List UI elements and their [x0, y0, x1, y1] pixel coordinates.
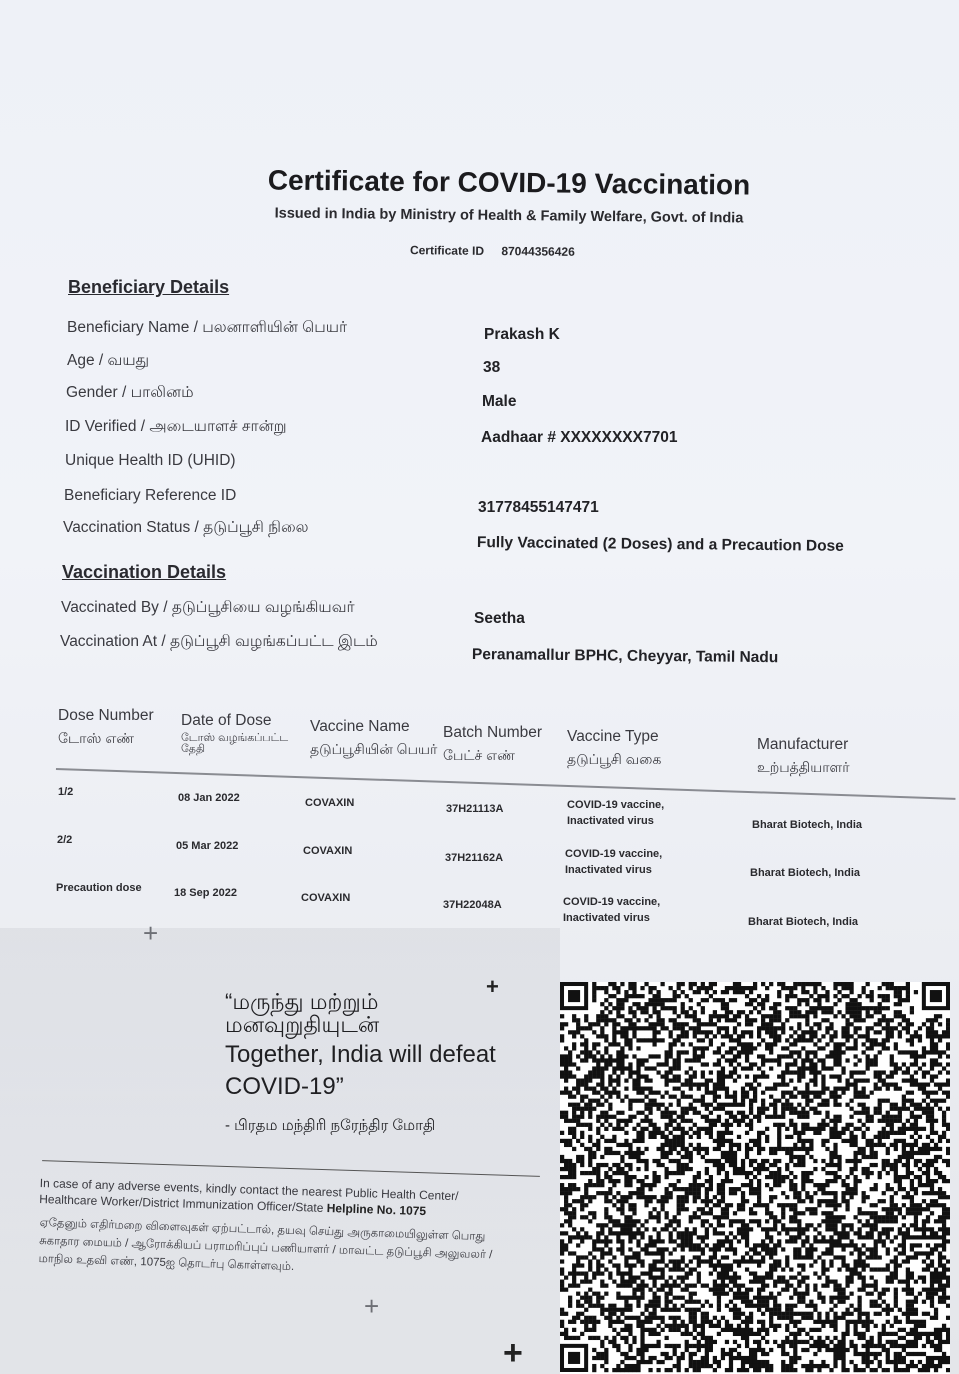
certificate-id-label: Certificate ID: [410, 243, 484, 258]
table-row-3-vaccine-name: COVAXIN: [301, 891, 350, 907]
table-row-2-date: 05 Mar 2022: [176, 839, 238, 855]
table-row-2-batch: 37H21162A: [445, 851, 503, 867]
table-row-1-vaccine-name: COVAXIN: [305, 796, 354, 812]
crosshair-mark-icon: +: [503, 1336, 523, 1370]
table-row-1-vaccine-type: COVID-19 vaccine, Inactivated virus: [567, 798, 687, 830]
column-header-dose-number: Dose Number டோஸ் எண்: [58, 707, 178, 745]
vaccination-details-heading: Vaccination Details: [62, 562, 226, 583]
pm-quote: “மருந்து மற்றும் மனவுறுதியுடன் Together,…: [225, 990, 545, 1136]
table-row-2-vaccine-name: COVAXIN: [303, 844, 352, 860]
value-beneficiary-name: Prakash K: [484, 326, 560, 344]
crosshair-mark-icon: +: [143, 920, 158, 946]
crosshair-mark-icon: +: [364, 1293, 379, 1319]
value-age: 38: [483, 359, 500, 377]
label-beneficiary-name: Beneficiary Name / பலனாளியின் பெயர்: [67, 319, 347, 338]
quote-english-line-2: COVID-19”: [225, 1070, 545, 1104]
certificate-subtitle: Issued in India by Ministry of Health & …: [0, 203, 959, 230]
value-beneficiary-reference-id: 31778455147471: [478, 499, 599, 517]
value-vaccination-status: Fully Vaccinated (2 Doses) and a Precaut…: [477, 534, 844, 556]
beneficiary-details-heading: Beneficiary Details: [68, 277, 229, 298]
certificate-title: Certificate for COVID-19 Vaccination: [0, 162, 959, 205]
table-row-3-date: 18 Sep 2022: [174, 886, 237, 902]
label-id-verified: ID Verified / அடையாளச் சான்று: [65, 418, 287, 437]
value-vaccination-at: Peranamallur BPHC, Cheyyar, Tamil Nadu: [472, 646, 779, 667]
table-row-2-manufacturer: Bharat Biotech, India: [750, 866, 860, 882]
helpline-number: Helpline No. 1075: [327, 1201, 427, 1218]
certificate-id: Certificate ID 87044356426: [410, 243, 575, 259]
table-row-3-manufacturer: Bharat Biotech, India: [748, 915, 858, 931]
value-gender: Male: [482, 393, 516, 411]
table-row-1-dose-number: 1/2: [58, 785, 73, 801]
label-uhid: Unique Health ID (UHID): [65, 452, 236, 470]
value-id-verified: Aadhaar # XXXXXXXX7701: [481, 429, 677, 447]
quote-english-line-1: Together, India will defeat: [225, 1038, 545, 1072]
table-row-1-manufacturer: Bharat Biotech, India: [752, 818, 862, 834]
label-vaccination-status: Vaccination Status / தடுப்பூசி நிலை: [63, 519, 309, 538]
qr-code-icon: [560, 982, 950, 1374]
quote-tamil-line-1: “மருந்து மற்றும்: [225, 990, 545, 1013]
label-beneficiary-reference-id: Beneficiary Reference ID: [64, 487, 236, 505]
column-header-batch-number: Batch Number பேட்ச் எண்: [443, 724, 563, 762]
table-row-3-vaccine-type: COVID-19 vaccine, Inactivated virus: [563, 895, 683, 927]
label-age: Age / வயது: [67, 352, 149, 371]
quote-attribution: - பிரதம மந்திரி நரேந்திர மோதி: [225, 1117, 545, 1136]
column-header-vaccine-name: Vaccine Name தடுப்பூசியின் பெயர்: [310, 718, 445, 756]
table-row-1-date: 08 Jan 2022: [178, 791, 240, 807]
certificate-id-value: 87044356426: [501, 244, 575, 259]
label-vaccination-at: Vaccination At / தடுப்பூசி வழங்கப்பட்ட இ…: [60, 633, 378, 652]
table-row-2-dose-number: 2/2: [57, 833, 72, 849]
label-vaccinated-by: Vaccinated By / தடுப்பூசியை வழங்கியவர்: [61, 599, 355, 618]
quote-tamil-line-2: மனவுறுதியுடன்: [225, 1013, 545, 1036]
column-header-vaccine-type: Vaccine Type தடுப்பூசி வகை: [567, 728, 707, 766]
table-row-3-dose-number: Precaution dose: [56, 881, 142, 897]
table-row-2-vaccine-type: COVID-19 vaccine, Inactivated virus: [565, 847, 685, 879]
value-vaccinated-by: Seetha: [474, 610, 525, 628]
column-header-date-of-dose: Date of Dose டோஸ் வழங்கப்பட்ட தேதி: [181, 712, 301, 755]
column-header-manufacturer: Manufacturer உற்பத்தியாளர்: [757, 736, 897, 774]
label-gender: Gender / பாலினம்: [66, 384, 194, 403]
table-row-3-batch: 37H22048A: [443, 898, 502, 914]
table-row-1-batch: 37H21113A: [446, 802, 504, 818]
